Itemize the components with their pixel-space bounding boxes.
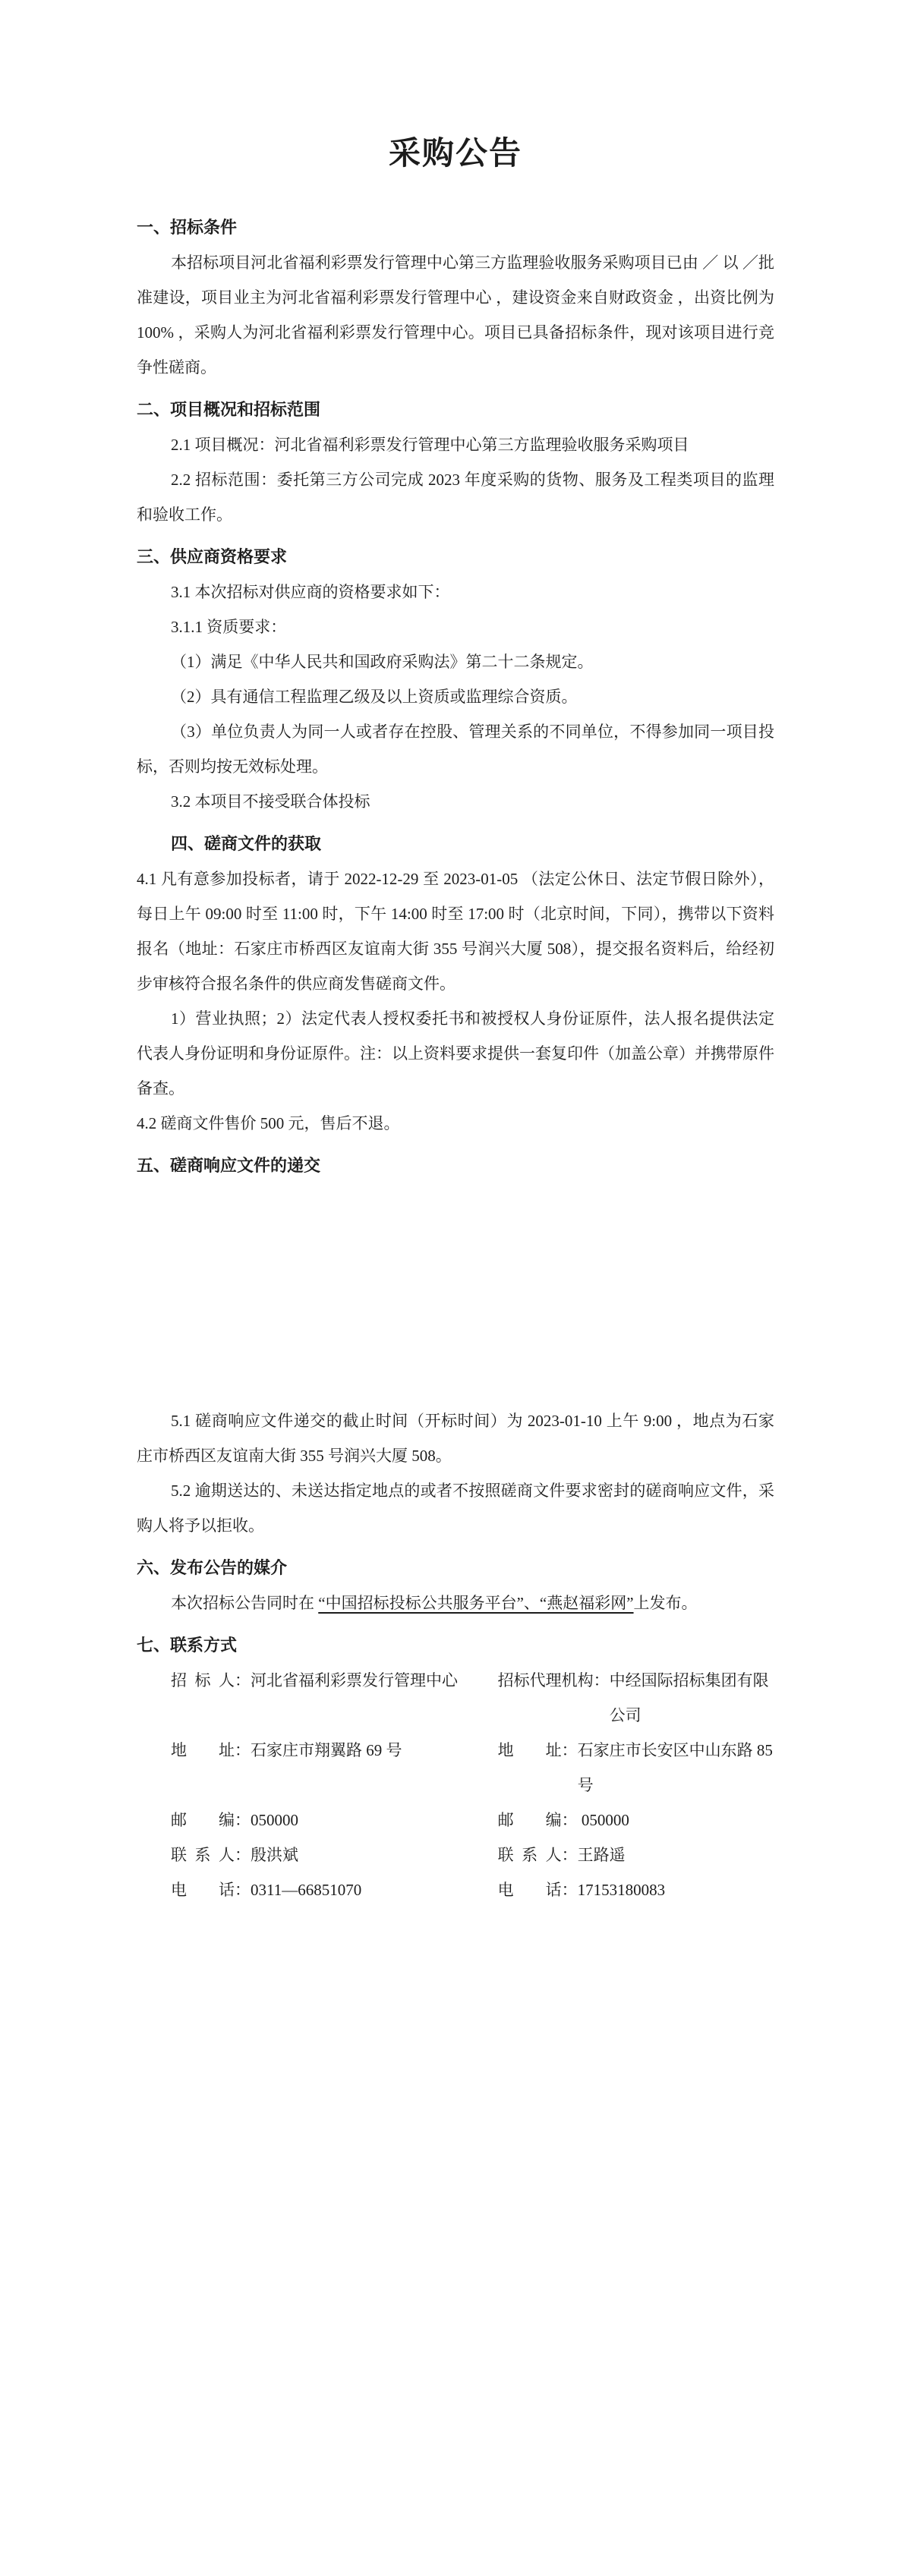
tenderee-postcode-value: 050000 — [251, 1803, 498, 1838]
agency-postcode-label: 邮 编： — [498, 1803, 582, 1838]
agency-address-label: 地 址： — [498, 1733, 578, 1768]
contact-row-address: 地 址：石家庄市翔翼路 69 号 地 址：石家庄市长安区中山东路 85 号 — [137, 1733, 774, 1803]
tenderee-label: 招 标 人： — [171, 1663, 251, 1698]
section-heading-7: 七、联系方式 — [137, 1628, 774, 1663]
tenderee-address-cell: 地 址：石家庄市翔翼路 69 号 — [171, 1733, 498, 1768]
section-heading-2: 二、项目概况和招标范围 — [137, 392, 774, 427]
agency-person-value: 王路遥 — [578, 1838, 774, 1872]
paragraph-3-item-1: （1）满足《中华人民共和国政府采购法》第二十二条规定。 — [137, 644, 774, 679]
tenderee-phone-value: 0311—66851070 — [251, 1872, 498, 1907]
tenderee-phone-label: 电 话： — [171, 1872, 251, 1907]
section-heading-4: 四、磋商文件的获取 — [171, 827, 774, 861]
document-content: 采购公告 一、招标条件 本招标项目河北省福利彩票发行管理中心第三方监理验收服务采… — [137, 0, 774, 1907]
contact-row-tenderee: 招 标 人：河北省福利彩票发行管理中心 招标代理机构：中经国际招标集团有限公司 — [137, 1663, 774, 1733]
paragraph-4-1: 4.1 凡有意参加投标者，请于 2022-12-29 至 2023-01-05 … — [137, 861, 774, 1001]
contact-table: 招 标 人：河北省福利彩票发行管理中心 招标代理机构：中经国际招标集团有限公司 … — [137, 1663, 774, 1907]
section-heading-3: 三、供应商资格要求 — [137, 540, 774, 575]
paragraph-3-1: 3.1 本次招标对供应商的资格要求如下： — [137, 575, 774, 609]
paragraph-2-2: 2.2 招标范围：委托第三方公司完成 2023 年度采购的货物、服务及工程类项目… — [137, 462, 774, 532]
media-sentence-suffix: 上发布。 — [634, 1594, 698, 1612]
agency-label: 招标代理机构： — [498, 1663, 610, 1698]
agency-postcode-value: 050000 — [582, 1803, 774, 1838]
tenderee-value: 河北省福利彩票发行管理中心 — [251, 1663, 498, 1698]
agency-person-label: 联 系 人： — [498, 1838, 578, 1872]
agency-postcode-cell: 邮 编： 050000 — [498, 1803, 774, 1838]
agency-person-cell: 联 系 人：王路遥 — [498, 1838, 774, 1872]
contact-row-person: 联 系 人：殷洪斌 联 系 人：王路遥 — [137, 1838, 774, 1872]
tenderee-person-cell: 联 系 人：殷洪斌 — [171, 1838, 498, 1872]
tenderee-phone-cell: 电 话：0311—66851070 — [171, 1872, 498, 1907]
tenderee-address-label: 地 址： — [171, 1733, 251, 1768]
paragraph-2-1: 2.1 项目概况：河北省福利彩票发行管理中心第三方监理验收服务采购项目 — [137, 427, 774, 462]
paragraph-4-2: 4.2 磋商文件售价 500 元，售后不退。 — [137, 1106, 774, 1141]
agency-cell: 招标代理机构：中经国际招标集团有限公司 — [498, 1663, 774, 1733]
section-heading-6: 六、发布公告的媒介 — [137, 1551, 774, 1586]
tenderee-cell: 招 标 人：河北省福利彩票发行管理中心 — [171, 1663, 498, 1698]
paragraph-1-1: 本招标项目河北省福利彩票发行管理中心第三方监理验收服务采购项目已由 ／ 以 ／批… — [137, 245, 774, 385]
tenderee-address-value: 石家庄市翔翼路 69 号 — [251, 1733, 498, 1768]
agency-address-cell: 地 址：石家庄市长安区中山东路 85 号 — [498, 1733, 774, 1803]
doc-title: 采购公告 — [137, 133, 774, 175]
paragraph-3-2: 3.2 本项目不接受联合体投标 — [137, 784, 774, 819]
media-sentence-prefix: 本次招标公告同时在 — [171, 1594, 318, 1612]
paragraph-3-item-2: （2）具有通信工程监理乙级及以上资质或监理综合资质。 — [137, 679, 774, 714]
paragraph-4-documents: 1）营业执照；2）法定代表人授权委托书和被授权人身份证原件，法人报名提供法定代表… — [137, 1001, 774, 1106]
paragraph-5-1: 5.1 磋商响应文件递交的截止时间（开标时间）为 2023-01-10 上午 9… — [137, 1403, 774, 1473]
agency-phone-value: 17153180083 — [578, 1872, 774, 1907]
document-page: 采购公告 一、招标条件 本招标项目河北省福利彩票发行管理中心第三方监理验收服务采… — [0, 0, 911, 2576]
section-heading-1: 一、招标条件 — [137, 210, 774, 245]
agency-value: 中经国际招标集团有限公司 — [610, 1663, 774, 1733]
tenderee-person-value: 殷洪斌 — [251, 1838, 498, 1872]
paragraph-5-2: 5.2 逾期送达的、未送达指定地点的或者不按照磋商文件要求密封的磋商响应文件，采… — [137, 1473, 774, 1543]
tenderee-person-label: 联 系 人： — [171, 1838, 251, 1872]
agency-address-value: 石家庄市长安区中山东路 85 号 — [578, 1733, 774, 1803]
tenderee-postcode-cell: 邮 编：050000 — [171, 1803, 498, 1838]
agency-phone-label: 电 话： — [498, 1872, 578, 1907]
paragraph-3-item-3: （3）单位负责人为同一人或者存在控股、管理关系的不同单位，不得参加同一项目投标，… — [137, 714, 774, 784]
contact-row-postcode: 邮 编：050000 邮 编： 050000 — [137, 1803, 774, 1838]
publication-platform-names: “中国招标投标公共服务平台”、“燕赵福彩网” — [318, 1594, 633, 1612]
paragraph-3-1-1: 3.1.1 资质要求： — [137, 609, 774, 644]
section-heading-5: 五、磋商响应文件的递交 — [137, 1148, 774, 1183]
tenderee-postcode-label: 邮 编： — [171, 1803, 251, 1838]
contact-row-phone: 电 话：0311—66851070 电 话：17153180083 — [137, 1872, 774, 1907]
paragraph-6-1: 本次招标公告同时在 “中国招标投标公共服务平台”、“燕赵福彩网”上发布。 — [137, 1586, 774, 1620]
agency-phone-cell: 电 话：17153180083 — [498, 1872, 774, 1907]
